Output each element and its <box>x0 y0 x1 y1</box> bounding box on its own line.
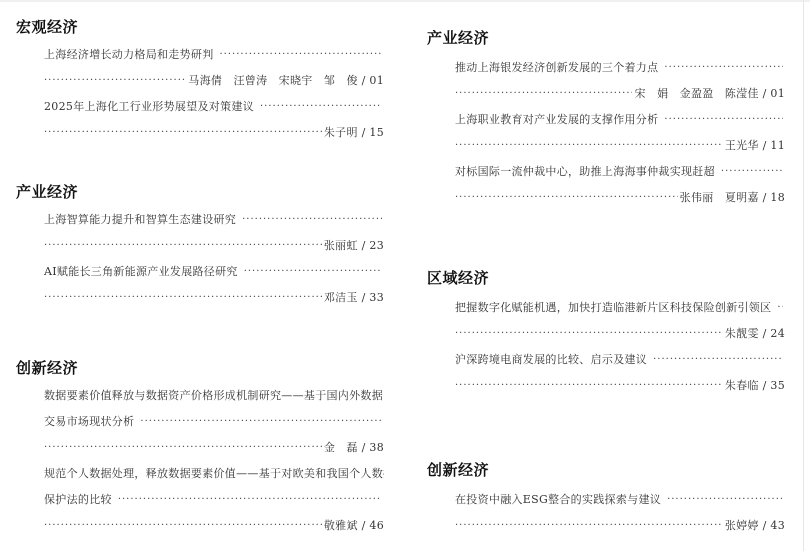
entry-title-line: 上海智算能力提升和智算生态建设研究 <box>44 207 384 233</box>
toc-entry[interactable]: AI赋能长三角新能源产业发展路径研究 邓洁玉 / 33 <box>44 259 384 311</box>
entry-authors: 敬雅斌 <box>324 519 358 532</box>
entry-authors-page: 张伟丽 夏明嘉 / 18 <box>680 185 785 211</box>
entry-title-line: 2025年上海化工行业形势展望及对策建议 <box>44 94 384 120</box>
entry-author-line: 宋 娟 金盈盈 陈滢佳 / 01 <box>455 81 785 107</box>
entry-title-continued[interactable]: 保护法的比较 <box>44 487 112 513</box>
entry-title-line: 推动上海银发经济创新发展的三个着力点 <box>455 55 785 81</box>
page-separator: / <box>358 74 370 87</box>
entry-title-line: 沪深跨境电商发展的比较、启示及建议 <box>455 347 785 373</box>
entry-title[interactable]: 上海经济增长动力格局和走势研判 <box>44 42 214 68</box>
toc-section-regional-economy: 区域经济 把握数字化赋能机遇，加快打造临港新片区科技保险创新引领区 朱靓雯 / … <box>427 267 785 399</box>
toc-entry[interactable]: 数据要素价值释放与数据资产价格形成机制研究——基于国内外数据 交易市场现状分析 … <box>44 383 384 461</box>
page-separator: / <box>759 139 771 152</box>
entry-title-line: AI赋能长三角新能源产业发展路径研究 <box>44 259 384 285</box>
entry-title-line: 在投资中融入ESG整合的实践探索与建议 <box>455 487 785 513</box>
entry-title[interactable]: 把握数字化赋能机遇，加快打造临港新片区科技保险创新引领区 <box>455 295 771 321</box>
page-number: 38 <box>369 441 384 454</box>
leader-dots <box>455 81 632 107</box>
toc-section-innovation-economy: 创新经济 数据要素价值释放与数据资产价格形成机制研究——基于国内外数据 交易市场… <box>16 357 384 539</box>
leader-dots <box>260 94 382 120</box>
leader-dots <box>220 42 383 68</box>
leader-dots <box>653 347 783 373</box>
entry-author-line: 朱靓雯 / 24 <box>455 321 785 347</box>
page-number: 01 <box>770 87 785 100</box>
page-number: 23 <box>369 239 384 252</box>
entry-authors: 邓洁玉 <box>324 291 358 304</box>
leader-dots <box>242 207 382 233</box>
entry-author-line: 马海倩 汪曾涛 宋晓宇 邹 俊 / 01 <box>44 68 384 94</box>
entry-authors: 金 磊 <box>324 441 358 454</box>
toc-entry[interactable]: 规范个人数据处理，释放数据要素价值——基于对欧美和我国个人数据 保护法的比较 敬… <box>44 461 384 539</box>
entry-authors-page: 金 磊 / 38 <box>324 435 384 461</box>
page-number: 33 <box>369 291 384 304</box>
toc-entry[interactable]: 上海经济增长动力格局和走势研判 马海倩 汪曾涛 宋晓宇 邹 俊 / 01 <box>44 42 384 94</box>
entry-authors-page: 王光华 / 11 <box>725 133 785 159</box>
entry-author-line: 王光华 / 11 <box>455 133 785 159</box>
entry-authors-page: 张丽虹 / 23 <box>324 233 384 259</box>
page-number: 24 <box>770 327 785 340</box>
entry-title[interactable]: 数据要素价值释放与数据资产价格形成机制研究——基于国内外数据 <box>44 383 383 409</box>
leader-dots <box>44 513 322 539</box>
entry-authors-page: 张婷婷 / 43 <box>725 513 785 539</box>
entry-authors-page: 朱靓雯 / 24 <box>725 321 785 347</box>
leader-dots <box>118 487 382 513</box>
page-separator: / <box>759 191 771 204</box>
leader-dots <box>664 55 783 81</box>
entry-authors: 马海倩 汪曾涛 宋晓宇 邹 俊 <box>188 74 358 87</box>
entry-authors-page: 朱子明 / 15 <box>324 120 384 146</box>
entry-authors: 朱靓雯 <box>725 327 759 340</box>
toc-entry[interactable]: 上海智算能力提升和智算生态建设研究 张丽虹 / 23 <box>44 207 384 259</box>
leader-dots <box>455 185 678 211</box>
leader-dots <box>44 233 322 259</box>
leader-dots <box>455 513 723 539</box>
toc-entry[interactable]: 2025年上海化工行业形势展望及对策建议 朱子明 / 15 <box>44 94 384 146</box>
page-separator: / <box>759 87 771 100</box>
entry-authors: 张婷婷 <box>725 519 759 532</box>
entry-title[interactable]: AI赋能长三角新能源产业发展路径研究 <box>44 259 238 285</box>
leader-dots <box>140 409 382 435</box>
leader-dots <box>455 321 723 347</box>
page-separator: / <box>759 519 771 532</box>
page-number: 15 <box>369 126 384 139</box>
page-separator: / <box>358 239 370 252</box>
entry-title[interactable]: 2025年上海化工行业形势展望及对策建议 <box>44 94 254 120</box>
toc-entry[interactable]: 沪深跨境电商发展的比较、启示及建议 朱春临 / 35 <box>455 347 785 399</box>
entry-title-line: 规范个人数据处理，释放数据要素价值——基于对欧美和我国个人数据 <box>44 461 384 487</box>
entry-author-line: 张丽虹 / 23 <box>44 233 384 259</box>
leader-dots <box>244 259 382 285</box>
toc-entry[interactable]: 对标国际一流仲裁中心，助推上海海事仲裁实现赶超 张伟丽 夏明嘉 / 18 <box>455 159 785 211</box>
top-border <box>0 0 810 2</box>
entry-title[interactable]: 上海职业教育对产业发展的支撑作用分析 <box>455 107 658 133</box>
entry-authors: 张伟丽 夏明嘉 <box>680 191 759 204</box>
entry-author-line: 张伟丽 夏明嘉 / 18 <box>455 185 785 211</box>
page-separator: / <box>759 379 771 392</box>
entry-title[interactable]: 沪深跨境电商发展的比较、启示及建议 <box>455 347 647 373</box>
entry-title-line: 数据要素价值释放与数据资产价格形成机制研究——基于国内外数据 <box>44 383 384 409</box>
entry-author-line: 朱春临 / 35 <box>455 373 785 399</box>
leader-dots <box>777 295 783 321</box>
page-number: 01 <box>369 74 384 87</box>
page-number: 35 <box>770 379 785 392</box>
entry-authors: 王光华 <box>725 139 759 152</box>
leader-dots <box>44 68 186 94</box>
leader-dots <box>667 487 783 513</box>
page-separator: / <box>358 126 370 139</box>
entry-title-line: 上海经济增长动力格局和走势研判 <box>44 42 384 68</box>
leader-dots <box>455 373 723 399</box>
toc-entry[interactable]: 上海职业教育对产业发展的支撑作用分析 王光华 / 11 <box>455 107 785 159</box>
entry-title[interactable]: 推动上海银发经济创新发展的三个着力点 <box>455 55 658 81</box>
page-separator: / <box>358 519 370 532</box>
section-title: 创新经济 <box>427 459 785 481</box>
entry-title-line: 把握数字化赋能机遇，加快打造临港新片区科技保险创新引领区 <box>455 295 785 321</box>
entry-author-line: 敬雅斌 / 46 <box>44 513 384 539</box>
leader-dots <box>455 133 723 159</box>
entry-title-continued[interactable]: 交易市场现状分析 <box>44 409 134 435</box>
toc-entry[interactable]: 把握数字化赋能机遇，加快打造临港新片区科技保险创新引领区 朱靓雯 / 24 <box>455 295 785 347</box>
entry-authors-page: 朱春临 / 35 <box>725 373 785 399</box>
entry-title[interactable]: 在投资中融入ESG整合的实践探索与建议 <box>455 487 661 513</box>
toc-entry[interactable]: 推动上海银发经济创新发展的三个着力点 宋 娟 金盈盈 陈滢佳 / 01 <box>455 55 785 107</box>
section-title: 创新经济 <box>16 357 384 379</box>
entry-authors: 朱春临 <box>725 379 759 392</box>
section-title: 产业经济 <box>16 181 384 203</box>
leader-dots <box>721 159 783 185</box>
entry-title-line: 保护法的比较 <box>44 487 384 513</box>
entry-authors-page: 邓洁玉 / 33 <box>324 285 384 311</box>
leader-dots <box>44 285 322 311</box>
page-separator: / <box>358 441 370 454</box>
section-title: 产业经济 <box>427 27 785 49</box>
entry-title-line: 对标国际一流仲裁中心，助推上海海事仲裁实现赶超 <box>455 159 785 185</box>
page-number: 46 <box>369 519 384 532</box>
toc-section-industrial-economy: 产业经济 上海智算能力提升和智算生态建设研究 张丽虹 / 23 AI赋能长三角新… <box>16 181 384 311</box>
entry-authors-page: 敬雅斌 / 46 <box>324 513 384 539</box>
leader-dots <box>44 435 322 461</box>
entry-author-line: 朱子明 / 15 <box>44 120 384 146</box>
toc-section-macro-economy: 宏观经济 上海经济增长动力格局和走势研判 马海倩 汪曾涛 宋晓宇 邹 俊 / 0… <box>16 16 384 146</box>
section-title: 宏观经济 <box>16 16 384 38</box>
page-separator: / <box>358 291 370 304</box>
entry-author-line: 金 磊 / 38 <box>44 435 384 461</box>
entry-author-line: 张婷婷 / 43 <box>455 513 785 539</box>
section-title: 区域经济 <box>427 267 785 289</box>
entry-title[interactable]: 上海智算能力提升和智算生态建设研究 <box>44 207 236 233</box>
entry-title-line: 上海职业教育对产业发展的支撑作用分析 <box>455 107 785 133</box>
toc-entry[interactable]: 在投资中融入ESG整合的实践探索与建议 张婷婷 / 43 <box>455 487 785 539</box>
entry-title[interactable]: 对标国际一流仲裁中心，助推上海海事仲裁实现赶超 <box>455 159 715 185</box>
entry-authors: 朱子明 <box>324 126 358 139</box>
entry-authors: 宋 娟 金盈盈 陈滢佳 <box>634 87 758 100</box>
entry-title[interactable]: 规范个人数据处理，释放数据要素价值——基于对欧美和我国个人数据 <box>44 461 384 487</box>
toc-section-industrial-economy: 产业经济 推动上海银发经济创新发展的三个着力点 宋 娟 金盈盈 陈滢佳 / 01… <box>427 27 785 211</box>
page-separator: / <box>759 327 771 340</box>
entry-authors-page: 宋 娟 金盈盈 陈滢佳 / 01 <box>634 81 785 107</box>
toc-section-innovation-economy: 创新经济 在投资中融入ESG整合的实践探索与建议 张婷婷 / 43 <box>427 459 785 539</box>
entry-authors-page: 马海倩 汪曾涛 宋晓宇 邹 俊 / 01 <box>188 68 384 94</box>
entry-title-line: 交易市场现状分析 <box>44 409 384 435</box>
leader-dots <box>664 107 783 133</box>
page-number: 11 <box>770 139 785 152</box>
entry-author-line: 邓洁玉 / 33 <box>44 285 384 311</box>
leader-dots <box>44 120 322 146</box>
page-edge-divider <box>803 0 804 551</box>
entry-authors: 张丽虹 <box>324 239 358 252</box>
page-number: 43 <box>770 519 785 532</box>
page-number: 18 <box>770 191 785 204</box>
